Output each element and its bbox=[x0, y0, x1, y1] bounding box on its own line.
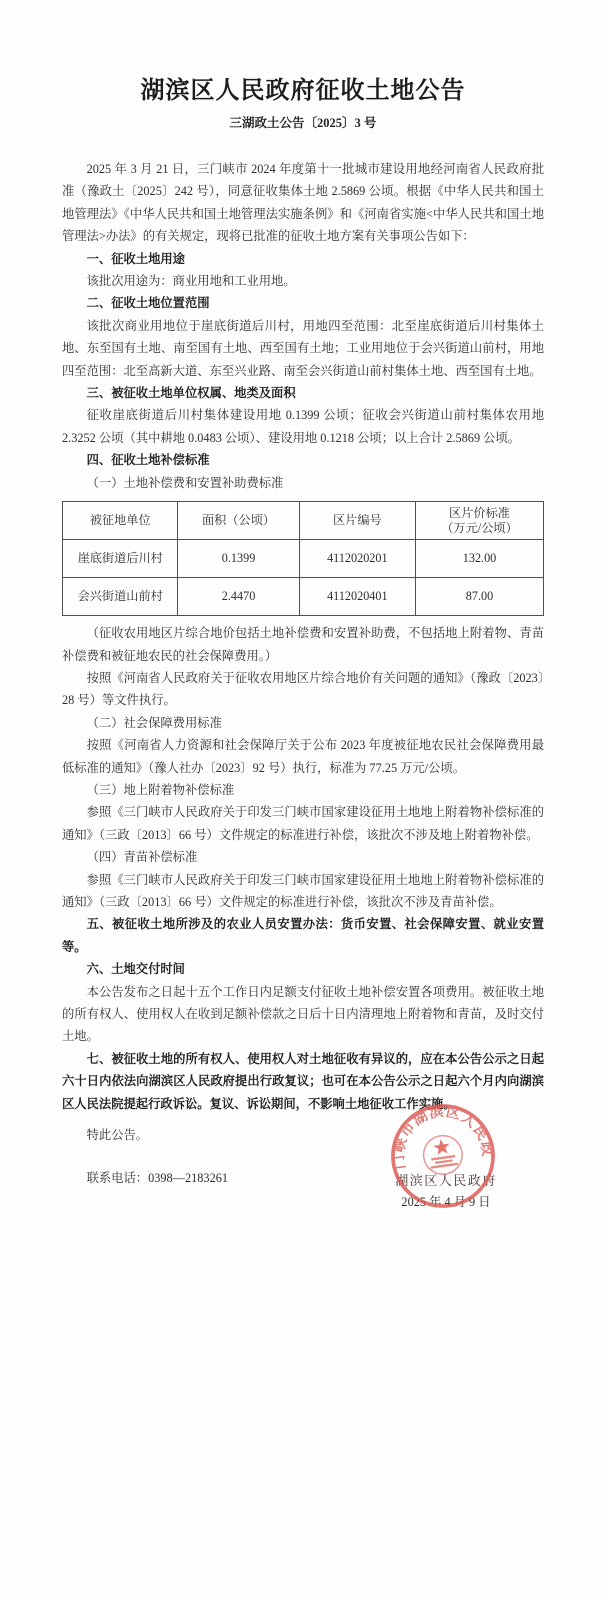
table-header-zone-code: 区片编号 bbox=[299, 502, 415, 540]
issue-date: 2025 年 4 月 9 日 bbox=[383, 1192, 509, 1213]
table-note-paragraph: （征收农用地区片综合地价包括土地补偿费和安置补助费，不包括地上附着物、青苗补偿费… bbox=[62, 622, 544, 667]
table-header-unit: 被征地单位 bbox=[63, 502, 178, 540]
signature-block: 湖滨区人民政府 2025 年 4 月 9 日 bbox=[383, 1170, 509, 1213]
section-6-heading: 六、土地交付时间 bbox=[62, 958, 544, 980]
table-cell: 4112020201 bbox=[299, 540, 415, 578]
table-cell: 4112020401 bbox=[299, 578, 415, 616]
table-cell: 崖底街道后川村 bbox=[63, 540, 178, 578]
table-cell: 132.00 bbox=[416, 540, 544, 578]
authority-name: 湖滨区人民政府 bbox=[383, 1170, 509, 1191]
table-row: 崖底街道后川村 0.1399 4112020201 132.00 bbox=[63, 540, 544, 578]
section-2-paragraph: 该批次商业用地位于崖底街道后川村，用地四至范围：北至崖底街道后川村集体土地、东至… bbox=[62, 315, 544, 382]
table-cell: 87.00 bbox=[416, 578, 544, 616]
section-3-paragraph: 征收崖底街道后川村集体建设用地 0.1399 公顷；征收会兴街道山前村集体农用地… bbox=[62, 404, 544, 449]
table-header-zone-price: 区片价标准 （万元/公顷） bbox=[416, 502, 544, 540]
section-7-paragraph: 七、被征收土地的所有权人、使用权人对土地征收有异议的，应在本公告公示之日起六十日… bbox=[62, 1048, 544, 1115]
table-header-row: 被征地单位 面积（公顷） 区片编号 区片价标准 （万元/公顷） bbox=[63, 502, 544, 540]
section-5-heading: 五、被征收土地所涉及的农业人员安置办法：货币安置、社会保障安置、就业安置等。 bbox=[62, 913, 544, 958]
announcement-page: 湖滨区人民政府征收土地公告 三湖政土公告〔2025〕3 号 2025 年 3 月… bbox=[0, 0, 604, 1600]
doc-number: 三湖政土公告〔2025〕3 号 bbox=[62, 113, 544, 131]
section-1-paragraph: 该批次用途为：商业用地和工业用地。 bbox=[62, 270, 544, 292]
subsection-4-paragraph: 参照《三门峡市人民政府关于印发三门峡市国家建设征用土地地上附着物补偿标准的通知》… bbox=[62, 869, 544, 914]
section-6-paragraph: 本公告发布之日起十五个工作日内足额支付征收土地补偿安置各项费用。被征收土地的所有… bbox=[62, 981, 544, 1048]
subsection-2-heading: （二）社会保障费用标准 bbox=[62, 712, 544, 734]
subsection-2-paragraph: 按照《河南省人力资源和社会保障厅关于公布 2023 年度被征地农民社会保障费用最… bbox=[62, 734, 544, 779]
policy-reference-paragraph: 按照《河南省人民政府关于征收农用地区片综合地价有关问题的通知》（豫政〔2023〕… bbox=[62, 667, 544, 712]
section-3-heading: 三、被征收土地单位权属、地类及面积 bbox=[62, 382, 544, 404]
subsection-3-paragraph: 参照《三门峡市人民政府关于印发三门峡市国家建设征用土地地上附着物补偿标准的通知》… bbox=[62, 801, 544, 846]
table-header-area: 面积（公顷） bbox=[178, 502, 299, 540]
table-cell: 2.4470 bbox=[178, 578, 299, 616]
table-row: 会兴街道山前村 2.4470 4112020401 87.00 bbox=[63, 578, 544, 616]
compensation-table: 被征地单位 面积（公顷） 区片编号 区片价标准 （万元/公顷） 崖底街道后川村 … bbox=[62, 501, 544, 616]
table-cell: 0.1399 bbox=[178, 540, 299, 578]
section-2-heading: 二、征收土地位置范围 bbox=[62, 292, 544, 314]
document-body: 2025 年 3 月 21 日，三门峡市 2024 年度第十一批城市建设用地经河… bbox=[62, 158, 544, 1190]
section-1-heading: 一、征收土地用途 bbox=[62, 248, 544, 270]
intro-paragraph: 2025 年 3 月 21 日，三门峡市 2024 年度第十一批城市建设用地经河… bbox=[62, 158, 544, 248]
page-title: 湖滨区人民政府征收土地公告 bbox=[62, 70, 544, 105]
subsection-1-heading: （一）土地补偿费和安置补助费标准 bbox=[62, 472, 544, 494]
table-cell: 会兴街道山前村 bbox=[63, 578, 178, 616]
subsection-3-heading: （三）地上附着物补偿标准 bbox=[62, 779, 544, 801]
section-4-heading: 四、征收土地补偿标准 bbox=[62, 449, 544, 471]
subsection-4-heading: （四）青苗补偿标准 bbox=[62, 846, 544, 868]
closing-line: 特此公告。 bbox=[62, 1124, 544, 1146]
